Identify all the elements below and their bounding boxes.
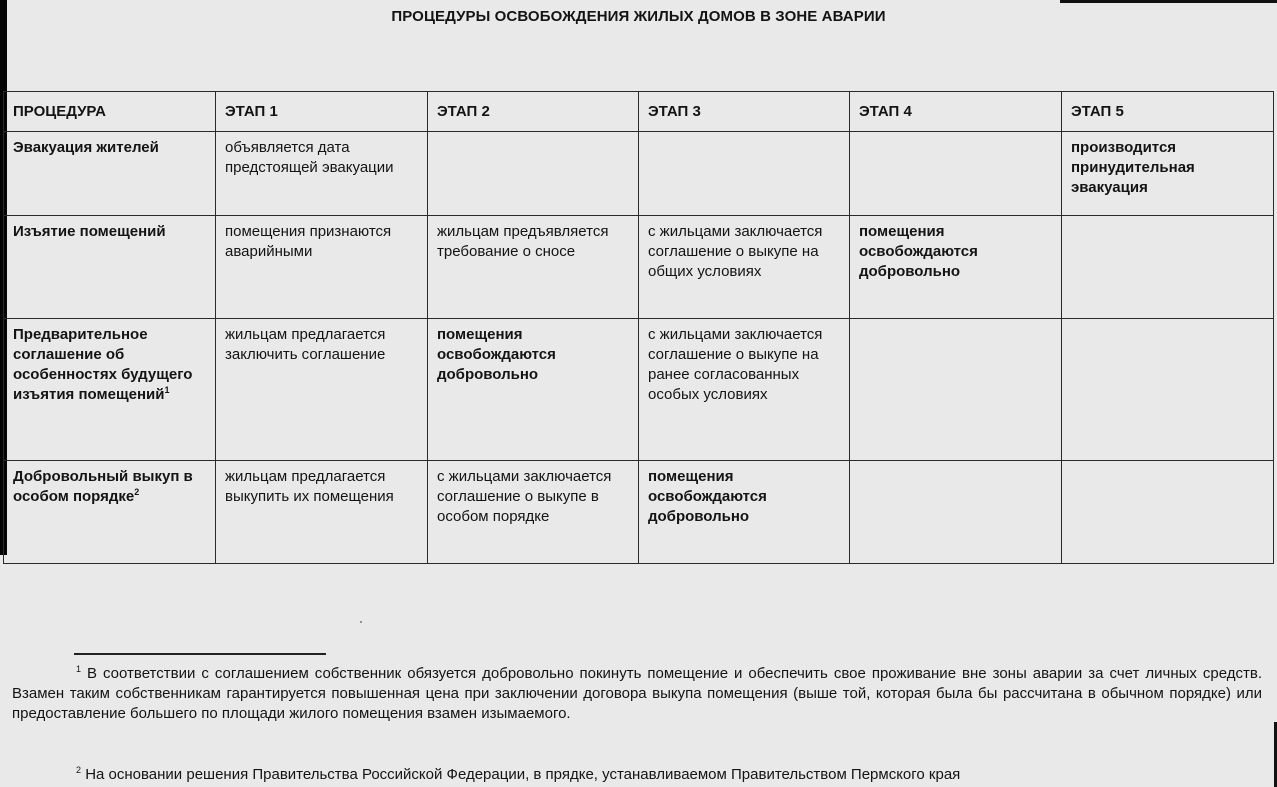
table-row: Предварительное соглашение об особенност… [4, 319, 1274, 461]
stage-1-cell: жильцам предлагается выкупить их помещен… [216, 461, 428, 564]
stage-5-cell [1062, 216, 1274, 319]
procedure-name-cell: Предварительное соглашение об особенност… [4, 319, 216, 461]
stage-5-cell [1062, 319, 1274, 461]
header-procedure: ПРОЦЕДУРА [4, 92, 216, 132]
stage-5-cell [1062, 461, 1274, 564]
procedure-name: Изъятие помещений [13, 223, 166, 240]
table-row: Добровольный выкуп в особом порядке2жиль… [4, 461, 1274, 564]
procedure-name-cell: Изъятие помещений [4, 216, 216, 319]
scan-speck [360, 621, 362, 623]
procedure-name-cell: Эвакуация жителей [4, 132, 216, 216]
footnote-1: 1 В соответствии с соглашением собственн… [12, 664, 1262, 724]
stage-2-cell: жильцам предъявляется требование о сносе [428, 216, 639, 319]
footnote-2-mark: 2 [76, 765, 81, 775]
stage-4-cell: помещения освобождаются добровольно [850, 216, 1062, 319]
table-row: Изъятие помещенийпомещения признаются ав… [4, 216, 1274, 319]
stage-1-cell: объявляется дата предстоящей эвакуации [216, 132, 428, 216]
stage-1-cell: помещения признаются аварийными [216, 216, 428, 319]
footnote-reference: 2 [134, 487, 139, 497]
stage-3-cell [639, 132, 850, 216]
footnote-separator [74, 653, 326, 655]
procedure-name-cell: Добровольный выкуп в особом порядке2 [4, 461, 216, 564]
stage-3-cell: с жильцами заключается соглашение о выку… [639, 319, 850, 461]
header-stage-4: ЭТАП 4 [850, 92, 1062, 132]
footnote-2-text: На основании решения Правительства Росси… [85, 766, 960, 783]
document-title: ПРОЦЕДУРЫ ОСВОБОЖДЕНИЯ ЖИЛЫХ ДОМОВ В ЗОН… [0, 8, 1277, 25]
stage-2-cell: помещения освобождаются добровольно [428, 319, 639, 461]
stage-2-cell: с жильцами заключается соглашение о выку… [428, 461, 639, 564]
footnote-reference: 1 [164, 385, 169, 395]
header-stage-5: ЭТАП 5 [1062, 92, 1274, 132]
stage-3-cell: помещения освобождаются добровольно [639, 461, 850, 564]
footnote-1-mark: 1 [76, 664, 81, 674]
stage-4-cell [850, 132, 1062, 216]
stage-4-cell [850, 319, 1062, 461]
header-stage-2: ЭТАП 2 [428, 92, 639, 132]
scan-edge-top [1060, 0, 1277, 3]
stage-1-cell: жильцам предлагается заключить соглашени… [216, 319, 428, 461]
procedures-table: ПРОЦЕДУРА ЭТАП 1 ЭТАП 2 ЭТАП 3 ЭТАП 4 ЭТ… [3, 91, 1274, 564]
footnote-1-text: В соответствии с соглашением собственник… [12, 665, 1262, 722]
stage-2-cell [428, 132, 639, 216]
procedure-name: Эвакуация жителей [13, 139, 159, 156]
stage-4-cell [850, 461, 1062, 564]
header-stage-3: ЭТАП 3 [639, 92, 850, 132]
stage-5-cell: производится принудительная эвакуация [1062, 132, 1274, 216]
footnote-2: 2 На основании решения Правительства Рос… [12, 765, 1262, 785]
header-stage-1: ЭТАП 1 [216, 92, 428, 132]
table-row: Эвакуация жителейобъявляется дата предст… [4, 132, 1274, 216]
stage-3-cell: с жильцами заключается соглашение о выку… [639, 216, 850, 319]
table-header-row: ПРОЦЕДУРА ЭТАП 1 ЭТАП 2 ЭТАП 3 ЭТАП 4 ЭТ… [4, 92, 1274, 132]
procedure-name: Добровольный выкуп в особом порядке [13, 468, 193, 505]
